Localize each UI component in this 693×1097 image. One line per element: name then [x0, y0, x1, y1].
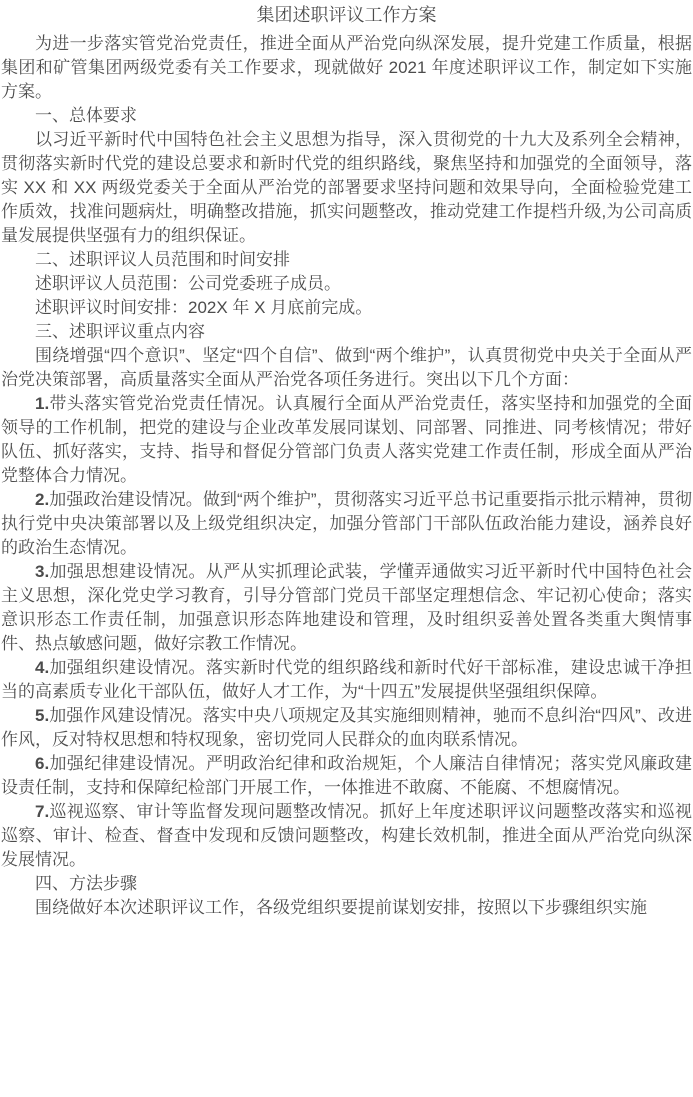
item-text-6: 加强纪律建设情况。严明政治纪律和政治规矩，个人廉洁自律情况；落实党风廉政建设责任… [1, 754, 692, 797]
scope-line: 述职评议人员范围：公司党委班子成员。 [1, 272, 692, 296]
item-text-2: 加强政治建设情况。做到“两个维护”，贯彻落实习近平总书记重要指示批示精神，贯彻执… [1, 490, 692, 557]
intro-paragraph: 为进一步落实管党治党责任，推进全面从严治党向纵深发展，提升党建工作质量，根据集团… [1, 32, 692, 104]
item-number-4: 4. [35, 658, 49, 677]
section-heading-3: 三、述职评议重点内容 [1, 320, 692, 344]
document-title: 集团述职评议工作方案 [1, 2, 692, 28]
item-number-6: 6. [35, 754, 49, 773]
numbered-item-1: 1.带头落实管党治党责任情况。认真履行全面从严治党责任，落实坚持和加强党的全面领… [1, 392, 692, 488]
item-text-4: 加强组织建设情况。落实新时代党的组织路线和新时代好干部标准，建设忠诚干净担当的高… [1, 658, 692, 701]
item-number-3: 3. [35, 562, 49, 581]
item-number-5: 5. [35, 706, 49, 725]
numbered-item-2: 2.加强政治建设情况。做到“两个维护”，贯彻落实习近平总书记重要指示批示精神，贯… [1, 488, 692, 560]
item-text-7: 巡视巡察、审计等监督发现问题整改情况。抓好上年度述职评议问题整改落实和巡视巡察、… [1, 802, 692, 869]
item-text-5: 加强作风建设情况。落实中央八项规定及其实施细则精神，驰而不息纠治“四风”、改进作… [1, 706, 692, 749]
section-3-intro: 围绕增强“四个意识”、坚定“四个自信”、做到“两个维护”，认真贯彻党中央关于全面… [1, 344, 692, 392]
clipped-bottom-line: 围绕做好本次述职评议工作，各级党组织要提前谋划安排，按照以下步骤组织实施 [1, 896, 692, 920]
section-heading-2: 二、述职评议人员范围和时间安排 [1, 248, 692, 272]
numbered-item-7: 7.巡视巡察、审计等监督发现问题整改情况。抓好上年度述职评议问题整改落实和巡视巡… [1, 800, 692, 872]
item-number-1: 1. [35, 394, 49, 413]
numbered-item-4: 4.加强组织建设情况。落实新时代党的组织路线和新时代好干部标准，建设忠诚干净担当… [1, 656, 692, 704]
numbered-item-3: 3.加强思想建设情况。从严从实抓理论武装，学懂弄通做实习近平新时代中国特色社会主… [1, 560, 692, 656]
item-text-3: 加强思想建设情况。从严从实抓理论武装，学懂弄通做实习近平新时代中国特色社会主义思… [1, 562, 692, 653]
numbered-item-6: 6.加强纪律建设情况。严明政治纪律和政治规矩，个人廉洁自律情况；落实党风廉政建设… [1, 752, 692, 800]
item-number-7: 7. [35, 802, 49, 821]
document-page: 集团述职评议工作方案 为进一步落实管党治党责任，推进全面从严治党向纵深发展，提升… [0, 0, 693, 1097]
section-heading-4: 四、方法步骤 [1, 872, 692, 896]
numbered-item-5: 5.加强作风建设情况。落实中央八项规定及其实施细则精神，驰而不息纠治“四风”、改… [1, 704, 692, 752]
schedule-line: 述职评议时间安排：202X 年 X 月底前完成。 [1, 296, 692, 320]
section-heading-1: 一、总体要求 [1, 104, 692, 128]
item-number-2: 2. [35, 490, 49, 509]
item-text-1: 带头落实管党治党责任情况。认真履行全面从严治党责任，落实坚持和加强党的全面领导的… [1, 394, 692, 485]
section-1-paragraph: 以习近平新时代中国特色社会主义思想为指导，深入贯彻党的十九大及系列全会精神，贯彻… [1, 128, 692, 248]
